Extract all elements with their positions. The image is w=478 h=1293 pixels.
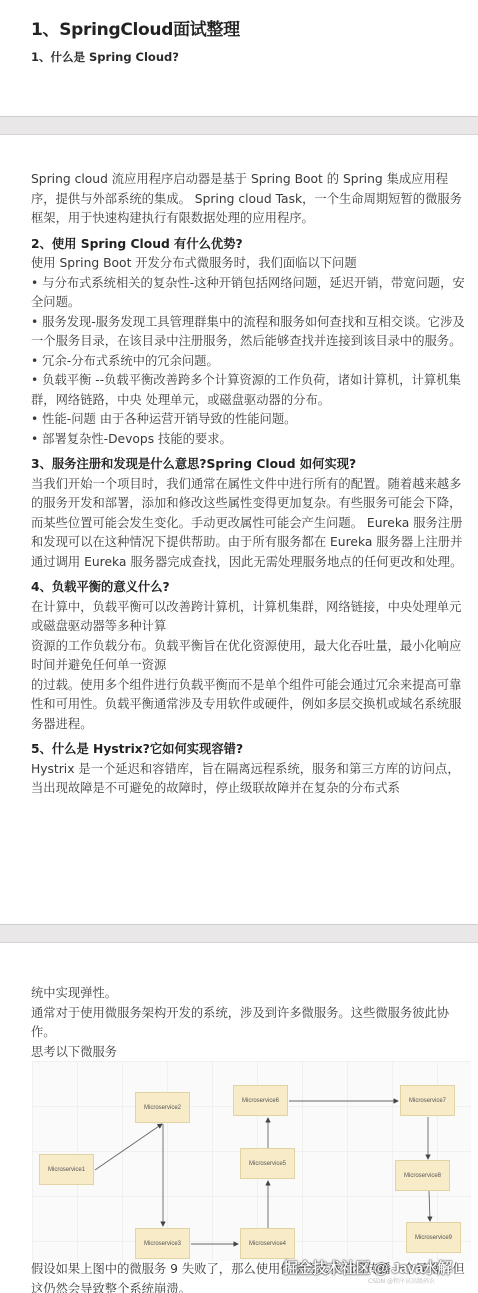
- diagram-node-microservice3: Microservice3: [135, 1228, 190, 1259]
- diagram-node-microservice8: Microservice8: [395, 1160, 450, 1191]
- diagram-node-microservice6: Microservice6: [233, 1085, 288, 1116]
- bullet-item: • 与分布式系统相关的复杂性-这种开销包括网络问题，延迟开销，带宽问题，安全问题…: [31, 274, 467, 313]
- question-2-title: 2、使用 Spring Cloud 有什么优势?: [31, 235, 467, 255]
- diagram-node-microservice2: Microservice2: [135, 1092, 190, 1123]
- answer-5: Hystrix 是一个延迟和容错库，旨在隔离远程系统，服务和第三方库的访问点，当…: [31, 760, 467, 799]
- continued-content: 统中实现弹性。 通常对于使用微服务架构开发的系统，涉及到许多微服务。这些微服务彼…: [31, 984, 467, 1062]
- microservices-diagram: Microservice1 Microservice2 Microservice…: [32, 1061, 471, 1261]
- main-content: Spring cloud 流应用程序启动器是基于 Spring Boot 的 S…: [31, 170, 467, 799]
- diagram-node-microservice1: Microservice1: [39, 1154, 94, 1185]
- diagram-node-microservice5: Microservice5: [240, 1148, 295, 1179]
- question-2-intro: 使用 Spring Boot 开发分布式微服务时，我们面临以下问题: [31, 254, 467, 274]
- bullet-item: • 冗余-分布式系统中的冗余问题。: [31, 352, 467, 372]
- paragraph: 通常对于使用微服务架构开发的系统，涉及到许多微服务。这些微服务彼此协作。: [31, 1004, 467, 1043]
- bullet-item: • 服务发现-服务发现工具管理群集中的流程和服务如何查找和互相交谈。它涉及一个服…: [31, 313, 467, 352]
- diagram-node-microservice7: Microservice7: [400, 1085, 455, 1116]
- answer-3: 当我们开始一个项目时，我们通常在属性文件中进行所有的配置。随着越来越多的服务开发…: [31, 475, 467, 573]
- question-4-title: 4、负载平衡的意义什么?: [31, 578, 467, 598]
- paragraph: 思考以下微服务: [31, 1043, 467, 1063]
- answer-4-line: 资源的工作负载分布。负载平衡旨在优化资源使用，最大化吞吐量，最小化响应时间并避免…: [31, 637, 467, 676]
- diagram-node-microservice4: Microservice4: [240, 1228, 295, 1259]
- answer-5-continued: 统中实现弹性。: [31, 984, 467, 1004]
- diagram-node-microservice9: Microservice9: [406, 1222, 461, 1253]
- bullet-item: • 部署复杂性-Devops 技能的要求。: [31, 430, 467, 450]
- watermark-secondary: CSDN @程序员高级码农: [368, 1276, 435, 1285]
- watermark: 掘金技术社区 @ Java水解: [283, 1257, 452, 1278]
- question-5-title: 5、什么是 Hystrix?它如何实现容错?: [31, 740, 467, 760]
- bullet-item: • 负载平衡 --负载平衡改善跨多个计算资源的工作负荷，诸如计算机，计算机集群，…: [31, 371, 467, 410]
- bullet-item: • 性能-问题 由于各种运营开销导致的性能问题。: [31, 410, 467, 430]
- question-1-title: 1、什么是 Spring Cloud?: [31, 49, 179, 65]
- page-separator: [0, 924, 478, 943]
- question-3-title: 3、服务注册和发现是什么意思?Spring Cloud 如何实现?: [31, 455, 467, 475]
- answer-4-line: 在计算中，负载平衡可以改善跨计算机，计算机集群，网络链接，中央处理单元或磁盘驱动…: [31, 598, 467, 637]
- page-separator: [0, 116, 478, 135]
- answer-1: Spring cloud 流应用程序启动器是基于 Spring Boot 的 S…: [31, 170, 467, 229]
- page-title: 1、SpringCloud面试整理: [31, 15, 240, 40]
- panel-title: 1、SpringCloud面试整理 1、什么是 Spring Cloud?: [0, 0, 478, 116]
- answer-4-line: 的过载。使用多个组件进行负载平衡而不是单个组件可能会通过冗余来提高可靠性和可用性…: [31, 676, 467, 735]
